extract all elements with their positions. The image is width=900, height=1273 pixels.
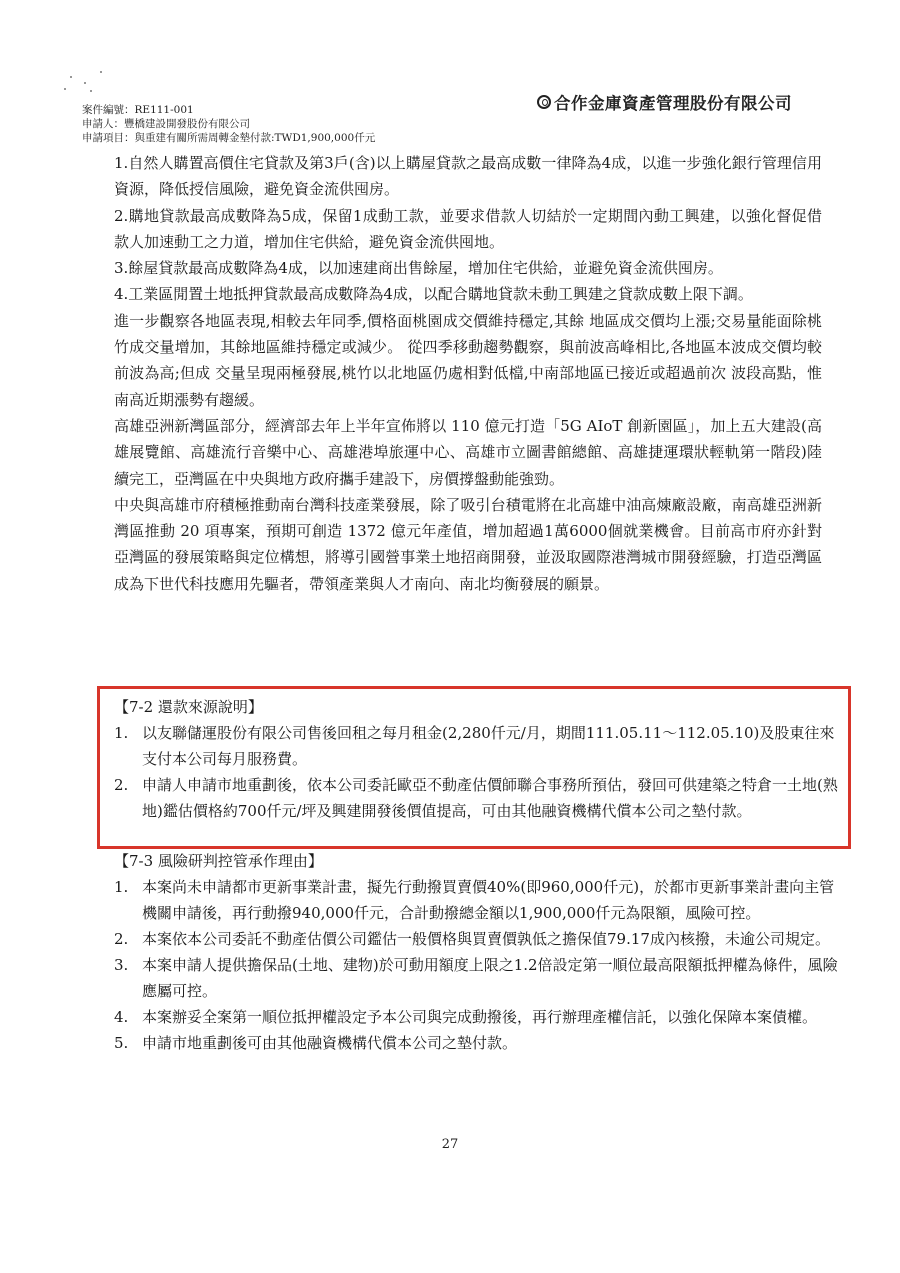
item-text: 以友聯儲運股份有限公司售後回租之每月租金(2,280仟元/月，期間111.05.… bbox=[142, 720, 844, 772]
item-text: 本案申請人提供擔保品(土地、建物)於可動用額度上限之1.2倍設定第一順位最高限額… bbox=[142, 952, 844, 1004]
list-item: 2. 本案依本公司委託不動產估價公司鑑估一般價格與買賣價孰低之擔保值79.17成… bbox=[114, 926, 844, 952]
list-item: 2. 申請人申請市地重劃後，依本公司委託歐亞不動產估價師聯合事務所預估，發回可供… bbox=[114, 772, 844, 824]
paragraph: 2.購地貸款最高成數降為5成，保留1成動工款，並要求借款人切結於一定期間內動工興… bbox=[114, 203, 822, 256]
section-title: 【7-3 風險研判控管承作理由】 bbox=[114, 848, 844, 874]
company-logo-icon bbox=[537, 95, 551, 109]
company-name: 合作金庫資產管理股份有限公司 bbox=[554, 90, 792, 114]
list-item: 3. 本案申請人提供擔保品(土地、建物)於可動用額度上限之1.2倍設定第一順位最… bbox=[114, 952, 844, 1004]
company-header: 合作金庫資產管理股份有限公司 bbox=[537, 90, 792, 114]
case-number: 案件編號：RE111-001 bbox=[82, 103, 375, 117]
page-number: 27 bbox=[0, 1137, 900, 1152]
item-text: 申請人申請市地重劃後，依本公司委託歐亞不動產估價師聯合事務所預估，發回可供建築之… bbox=[142, 772, 844, 824]
section-repayment-source: 【7-2 還款來源說明】 1. 以友聯儲運股份有限公司售後回租之每月租金(2,2… bbox=[114, 694, 844, 824]
paragraph: 中央與高雄市府積極推動南台灣科技產業發展，除了吸引台積電將在北高雄中油高煉廠設廠… bbox=[114, 492, 822, 597]
scan-specks bbox=[62, 68, 112, 98]
item-text: 申請市地重劃後可由其他融資機構代償本公司之墊付款。 bbox=[142, 1030, 844, 1056]
item-number: 1. bbox=[114, 720, 142, 772]
section-title: 【7-2 還款來源說明】 bbox=[114, 694, 844, 720]
item-number: 4. bbox=[114, 1004, 142, 1030]
item-number: 3. bbox=[114, 952, 142, 1004]
application-item: 申請項目：與重建有關所需周轉金墊付款:TWD1,900,000仟元 bbox=[82, 131, 375, 145]
case-metadata: 案件編號：RE111-001 申請人：豐橋建設開發股份有限公司 申請項目：與重建… bbox=[82, 103, 375, 145]
item-number: 2. bbox=[114, 926, 142, 952]
list-item: 4. 本案辦妥全案第一順位抵押權設定予本公司與完成動撥後，再行辦理產權信託，以強… bbox=[114, 1004, 844, 1030]
section-risk-assessment: 【7-3 風險研判控管承作理由】 1. 本案尚未申請都市更新事業計畫，擬先行動撥… bbox=[114, 848, 844, 1056]
list-item: 5. 申請市地重劃後可由其他融資機構代償本公司之墊付款。 bbox=[114, 1030, 844, 1056]
paragraph: 高雄亞洲新灣區部分，經濟部去年上半年宣佈將以 110 億元打造「5G AIoT … bbox=[114, 413, 822, 492]
paragraph: 4.工業區閒置土地抵押貸款最高成數降為4成，以配合購地貸款未動工興建之貸款成數上… bbox=[114, 281, 822, 307]
applicant: 申請人：豐橋建設開發股份有限公司 bbox=[82, 117, 375, 131]
paragraph: 1.自然人購置高價住宅貸款及第3戶(含)以上購屋貸款之最高成數一律降為4成，以進… bbox=[114, 150, 822, 203]
item-text: 本案尚未申請都市更新事業計畫，擬先行動撥買賣價40%(即960,000仟元)，於… bbox=[142, 874, 844, 926]
body-text: 1.自然人購置高價住宅貸款及第3戶(含)以上購屋貸款之最高成數一律降為4成，以進… bbox=[114, 150, 822, 597]
paragraph: 3.餘屋貸款最高成數降為4成，以加速建商出售餘屋，增加住宅供給，並避免資金流供囤… bbox=[114, 255, 822, 281]
list-item: 1. 本案尚未申請都市更新事業計畫，擬先行動撥買賣價40%(即960,000仟元… bbox=[114, 874, 844, 926]
item-text: 本案辦妥全案第一順位抵押權設定予本公司與完成動撥後，再行辦理產權信託，以強化保障… bbox=[142, 1004, 844, 1030]
paragraph: 進一步觀察各地區表現,相較去年同季,價格面桃園成交價維持穩定,其餘 地區成交價均… bbox=[114, 308, 822, 413]
item-number: 1. bbox=[114, 874, 142, 926]
item-text: 本案依本公司委託不動產估價公司鑑估一般價格與買賣價孰低之擔保值79.17成內核撥… bbox=[142, 926, 844, 952]
item-number: 5. bbox=[114, 1030, 142, 1056]
list-item: 1. 以友聯儲運股份有限公司售後回租之每月租金(2,280仟元/月，期間111.… bbox=[114, 720, 844, 772]
item-number: 2. bbox=[114, 772, 142, 824]
